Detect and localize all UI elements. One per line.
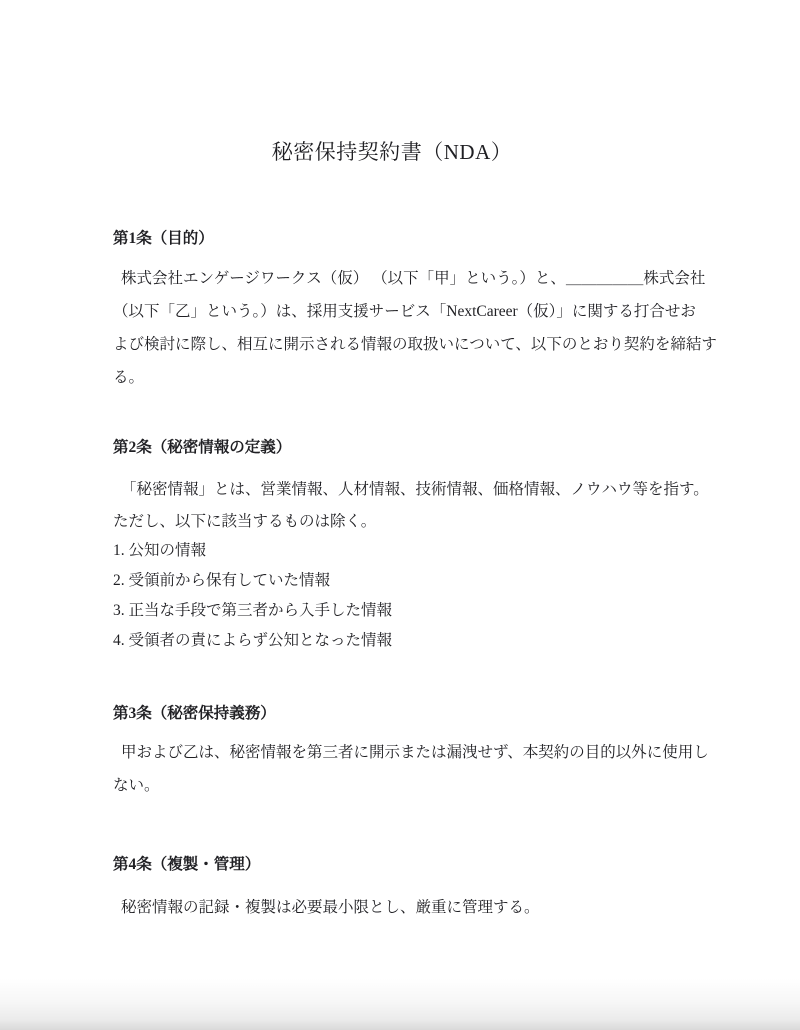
list-item: 1. 公知の情報: [113, 536, 392, 566]
list-item: 4. 受領者の責によらず公知となった情報: [113, 626, 392, 656]
document-title: 秘密保持契約書（NDA）: [0, 138, 784, 166]
paragraph-line: 株式会社エンゲージワークス（仮） （以下「甲」という。）と、＿＿＿＿＿株式会社: [113, 262, 717, 295]
section-2-paragraph: 「秘密情報」とは、営業情報、人材情報、技術情報、価格情報、ノウハウ等を指す。 た…: [113, 474, 709, 538]
section-1-paragraph: 株式会社エンゲージワークス（仮） （以下「甲」という。）と、＿＿＿＿＿株式会社 …: [113, 262, 717, 394]
section-2-numbered-list: 1. 公知の情報 2. 受領前から保有していた情報 3. 正当な手段で第三者から…: [113, 536, 392, 656]
paragraph-line: 秘密情報の記録・複製は必要最小限とし、厳重に管理する。: [113, 891, 540, 924]
paragraph-line: 「秘密情報」とは、営業情報、人材情報、技術情報、価格情報、ノウハウ等を指す。: [113, 474, 709, 506]
section-heading-article-1: 第1条（目的）: [113, 228, 214, 250]
section-heading-article-4: 第4条（複製・管理）: [113, 854, 260, 876]
paragraph-line: ない。: [113, 769, 709, 802]
page-bottom-shadow: [0, 978, 800, 1030]
paragraph-line: （以下「乙」という。）は、採用支援サービス「NextCareer（仮）」に関する…: [113, 295, 717, 328]
paragraph-line: 甲および乙は、秘密情報を第三者に開示または漏洩せず、本契約の目的以外に使用し: [113, 736, 709, 769]
document-page: 秘密保持契約書（NDA） 第1条（目的） 株式会社エンゲージワークス（仮） （以…: [0, 0, 800, 1030]
paragraph-line: ただし、以下に該当するものは除く。: [113, 506, 709, 538]
section-4-paragraph: 秘密情報の記録・複製は必要最小限とし、厳重に管理する。: [113, 891, 540, 924]
list-item: 3. 正当な手段で第三者から入手した情報: [113, 596, 392, 626]
list-item: 2. 受領前から保有していた情報: [113, 566, 392, 596]
paragraph-line: よび検討に際し、相互に開示される情報の取扱いについて、以下のとおり契約を締結す: [113, 328, 717, 361]
paragraph-line: る。: [113, 361, 717, 394]
section-heading-article-2: 第2条（秘密情報の定義）: [113, 437, 291, 459]
section-heading-article-3: 第3条（秘密保持義務）: [113, 703, 276, 725]
section-3-paragraph: 甲および乙は、秘密情報を第三者に開示または漏洩せず、本契約の目的以外に使用し な…: [113, 736, 709, 802]
